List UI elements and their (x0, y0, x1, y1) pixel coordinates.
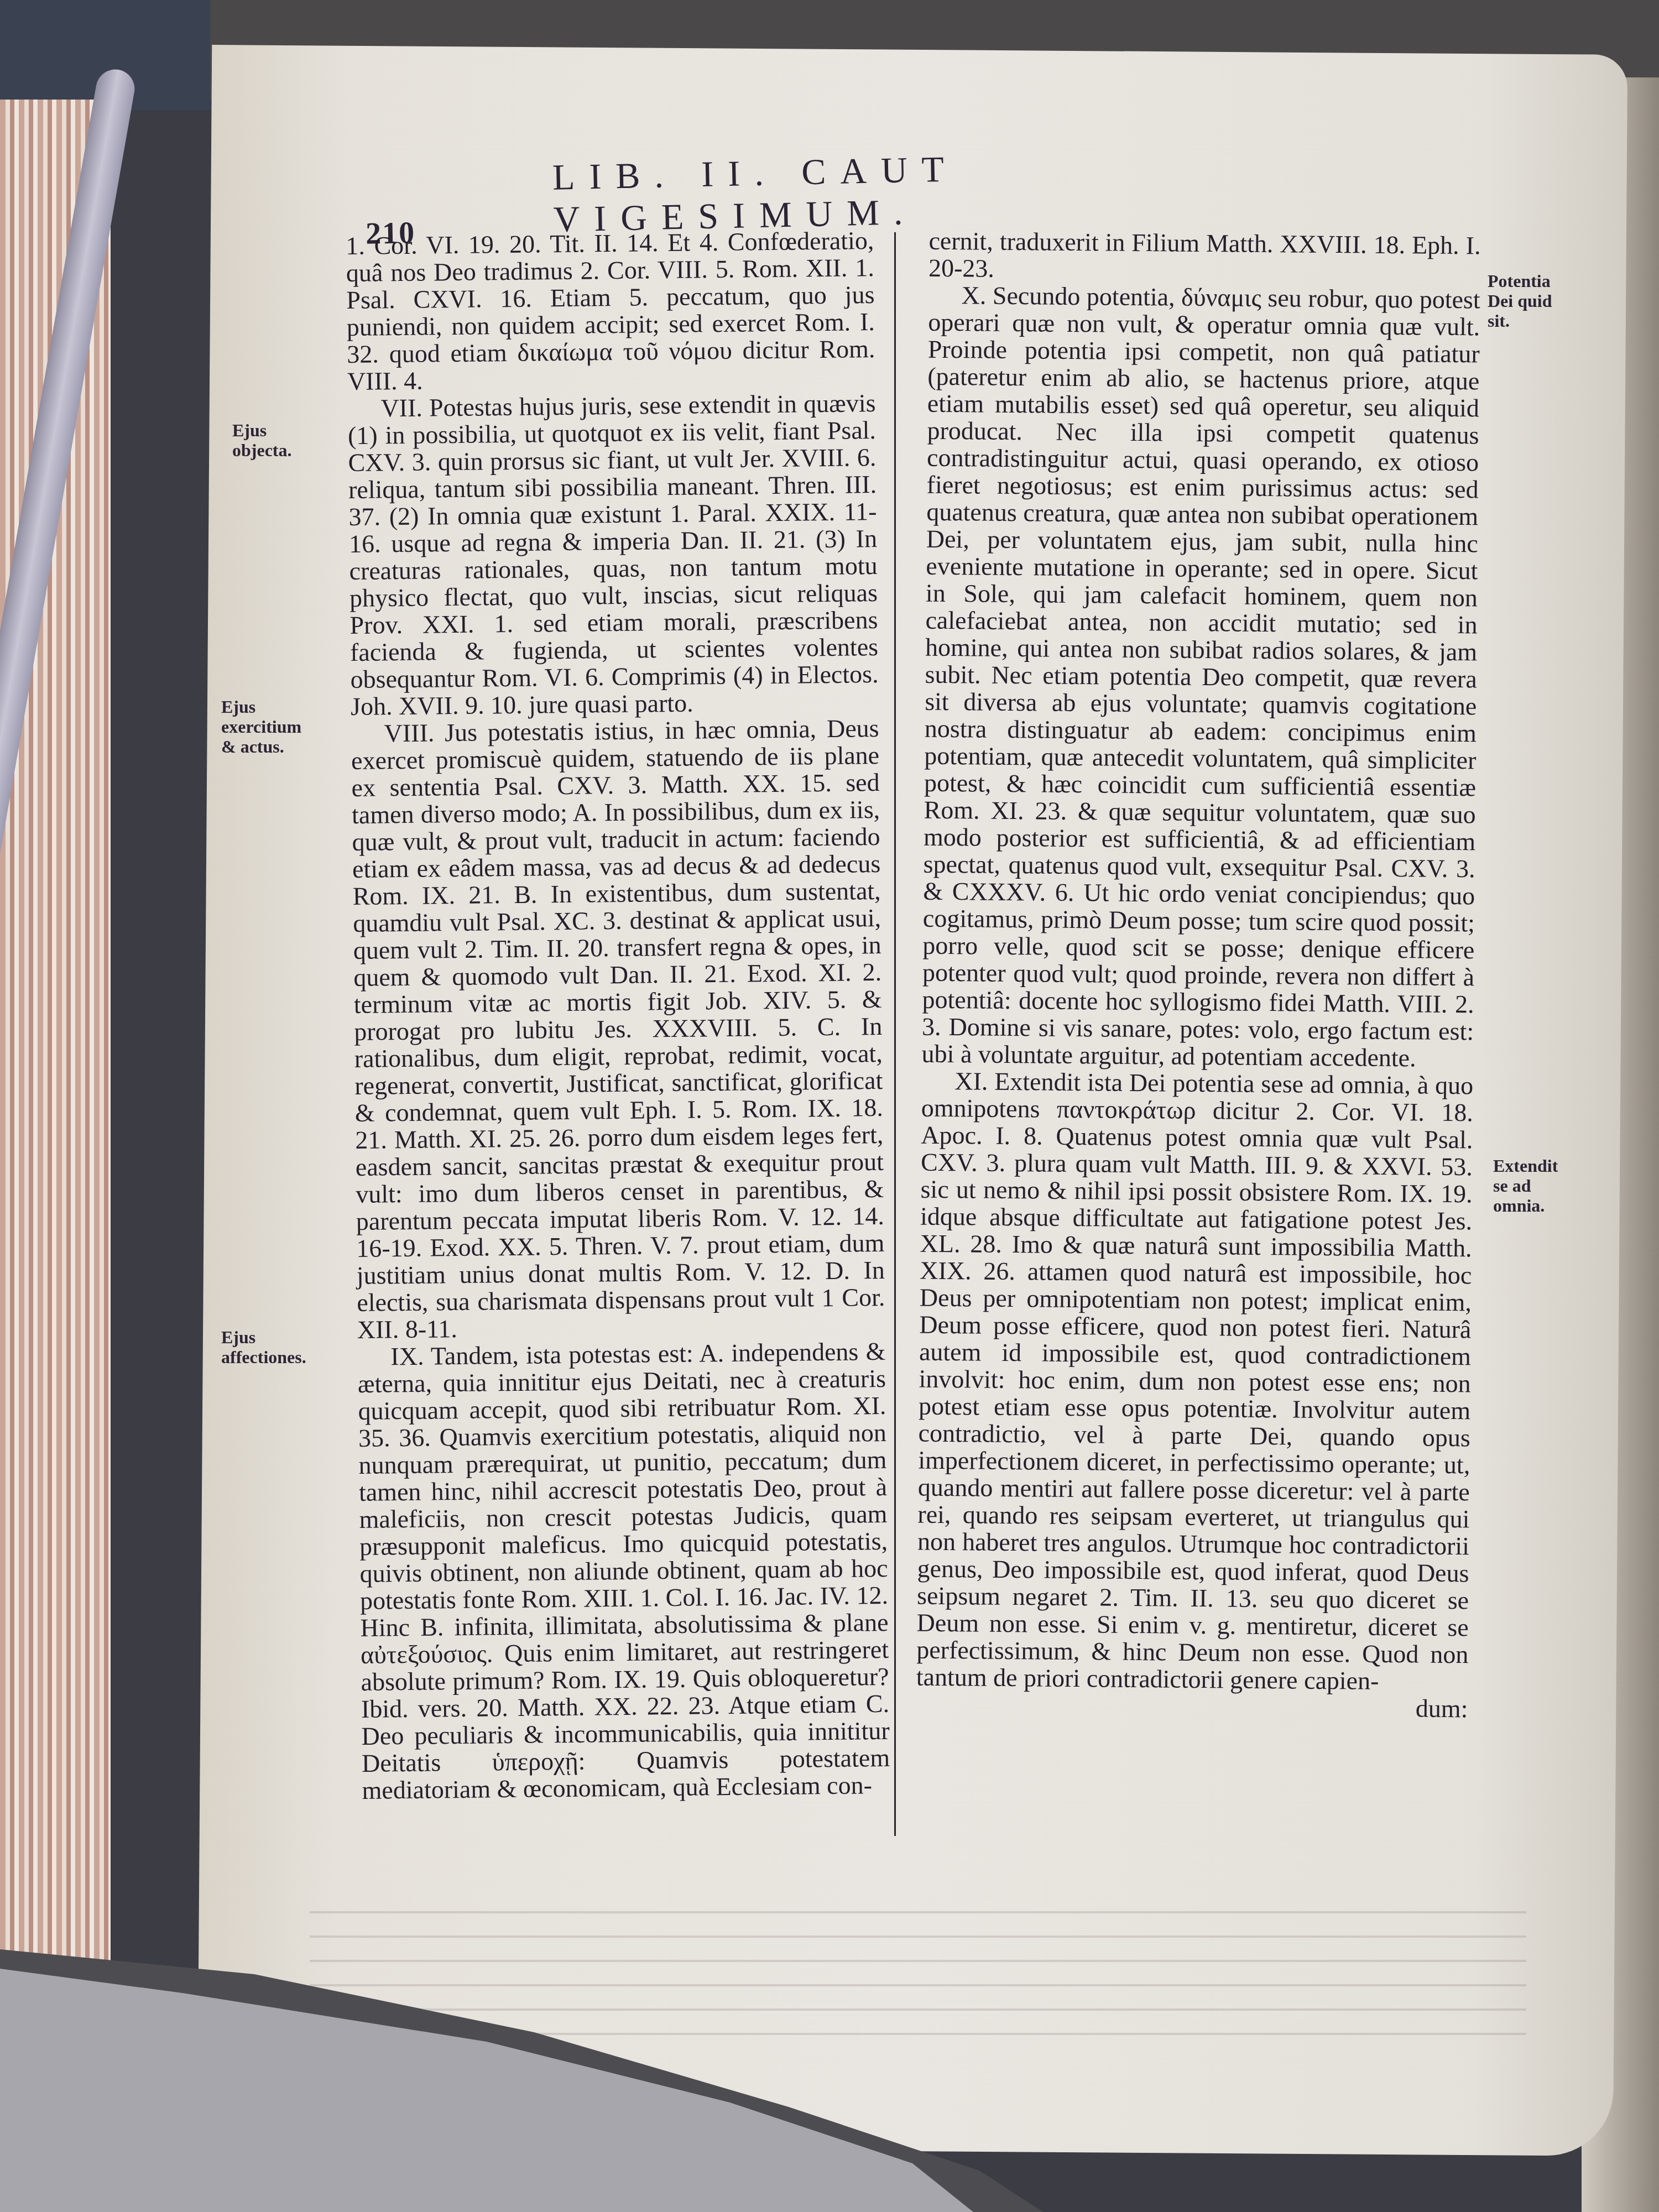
column-divider (894, 232, 896, 1836)
page-content: 210 LIB. II. CAUT VIGESIMUM. 1. Cor. VI.… (0, 0, 1659, 2212)
running-title: LIB. II. CAUT VIGESIMUM. (552, 140, 1328, 241)
paragraph-ix: IX. Tandem, ista potestas est: A. indepe… (357, 1338, 890, 1804)
margin-note-extendit: Extendit se ad omnia. (1493, 1156, 1576, 1215)
margin-note-potentia-dei: Potentia Dei quid sit. (1488, 271, 1571, 331)
right-column: cernit, traduxerit in Filium Matth. XXVI… (916, 227, 1480, 1723)
margin-note-ejus-exercitium: Ejus exercitium & actus. (221, 697, 299, 757)
margin-note-ejus-affectiones: Ejus affectiones. (221, 1327, 293, 1367)
left-column: 1. Cor. VI. 19. 20. Tit. II. 14. Et 4. C… (346, 227, 890, 1804)
paragraph-continuation: 1. Cor. VI. 19. 20. Tit. II. 14. Et 4. C… (346, 227, 875, 395)
paragraph-continuation: cernit, traduxerit in Filium Matth. XXVI… (928, 227, 1481, 286)
catchword: dum: (916, 1691, 1468, 1723)
paragraph-xi: XI. Extendit ista Dei potentia sese ad o… (916, 1067, 1474, 1695)
margin-note-ejus-objecta: Ejus objecta. (232, 420, 293, 460)
paragraph-x: X. Secundo potentia, δύναμις seu robur, … (922, 281, 1480, 1072)
paragraph-viii: VIII. Jus potestatis istius, in hæc omni… (351, 714, 885, 1343)
paragraph-vii: VII. Potestas hujus juris, sese extendit… (347, 389, 879, 720)
